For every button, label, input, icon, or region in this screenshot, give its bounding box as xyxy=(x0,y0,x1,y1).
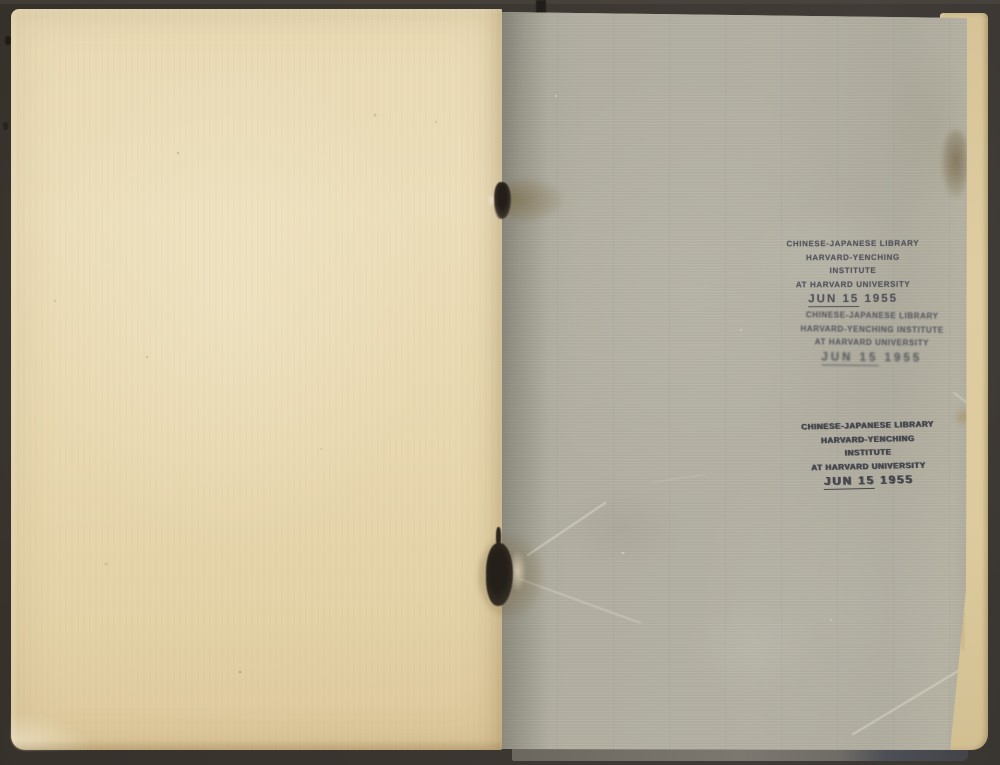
stamp-date-year: 1955 xyxy=(880,474,914,487)
stamp-date-month-day: JUN 15 xyxy=(821,351,878,366)
background-seam-mark xyxy=(536,0,546,13)
stamp-date-year: 1955 xyxy=(864,293,898,305)
stamp-line: HARVARD-YENCHING INSTITUTE xyxy=(798,431,939,461)
stamp-date: JUN 15 1955 xyxy=(797,351,947,366)
library-stamp-3: CHINESE-JAPANESE LIBRARY HARVARD-YENCHIN… xyxy=(797,417,939,490)
foxing-spots xyxy=(11,9,502,750)
library-stamp-2: CHINESE-JAPANESE LIBRARY HARVARD-YENCHIN… xyxy=(797,308,948,366)
book-scan-scene: CHINESE-JAPANESE LIBRARY HARVARD-YENCHIN… xyxy=(0,0,1000,765)
stamp-date: JUN 15 1955 xyxy=(783,293,923,307)
stamp-line: CHINESE-JAPANESE LIBRARY xyxy=(797,308,947,323)
library-stamp-1: CHINESE-JAPANESE LIBRARY HARVARD-YENCHIN… xyxy=(783,237,923,307)
scanner-bed-highlight xyxy=(0,0,1000,4)
brown-stain xyxy=(941,130,971,198)
stamp-date-month-day: JUN 15 xyxy=(808,293,859,307)
stamp-line: AT HARVARD UNIVERSITY xyxy=(783,277,923,291)
page-bottom-shadow xyxy=(11,740,502,750)
stamp-line: HARVARD-YENCHING INSTITUTE xyxy=(783,250,923,278)
stamp-line: AT HARVARD UNIVERSITY xyxy=(797,335,947,350)
left-page xyxy=(11,9,502,750)
stamp-date-month-day: JUN 15 xyxy=(824,475,875,490)
right-page xyxy=(501,8,969,754)
paper-flecks xyxy=(501,8,969,754)
stamp-line: CHINESE-JAPANESE LIBRARY xyxy=(783,237,923,251)
background-speck xyxy=(3,122,8,130)
stamp-date-year: 1955 xyxy=(885,352,923,364)
stamp-line: AT HARVARD UNIVERSITY xyxy=(798,458,938,475)
